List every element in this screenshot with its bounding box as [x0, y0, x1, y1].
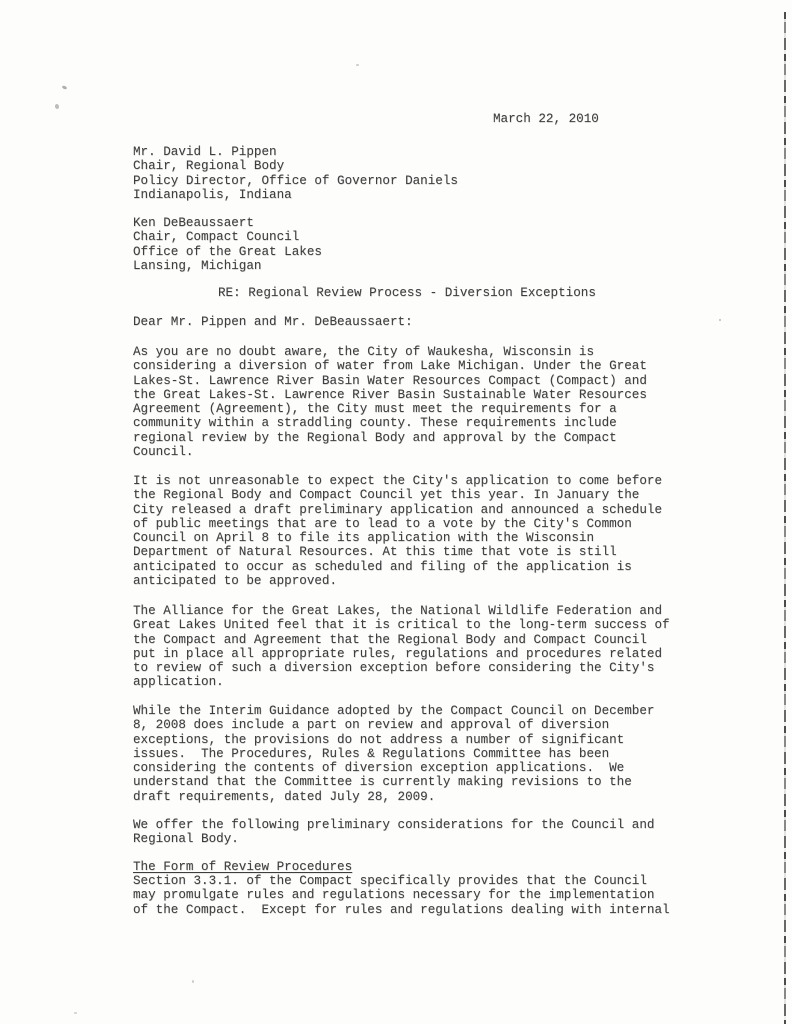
scan-speck	[356, 64, 359, 66]
scan-artifact-right-edge	[784, 12, 786, 1024]
scan-speck	[719, 319, 721, 321]
scan-speck	[62, 85, 68, 90]
salutation: Dear Mr. Pippen and Mr. DeBeaussaert:	[133, 315, 413, 329]
body-paragraph: We offer the following preliminary consi…	[133, 818, 654, 847]
body-paragraph: The Alliance for the Great Lakes, the Na…	[133, 604, 670, 690]
scan-speck	[54, 104, 59, 110]
scan-speck	[74, 1012, 77, 1014]
scan-speck	[192, 980, 194, 983]
body-paragraph: It is not unreasonable to expect the Cit…	[133, 474, 662, 588]
section-heading: The Form of Review Procedures	[133, 860, 352, 874]
section-paragraph: Section 3.3.1. of the Compact specifical…	[133, 874, 670, 917]
recipient-block-secondary: Ken DeBeaussaert Chair, Compact Council …	[133, 216, 322, 273]
recipient-block-primary: Mr. David L. Pippen Chair, Regional Body…	[133, 145, 458, 202]
subject-line: RE: Regional Review Process - Diversion …	[218, 286, 596, 300]
body-paragraph: While the Interim Guidance adopted by th…	[133, 704, 654, 804]
scanned-letter-page: March 22, 2010 Mr. David L. Pippen Chair…	[0, 0, 792, 1024]
body-paragraph: As you are no doubt aware, the City of W…	[133, 345, 647, 459]
letter-date: March 22, 2010	[493, 112, 599, 126]
